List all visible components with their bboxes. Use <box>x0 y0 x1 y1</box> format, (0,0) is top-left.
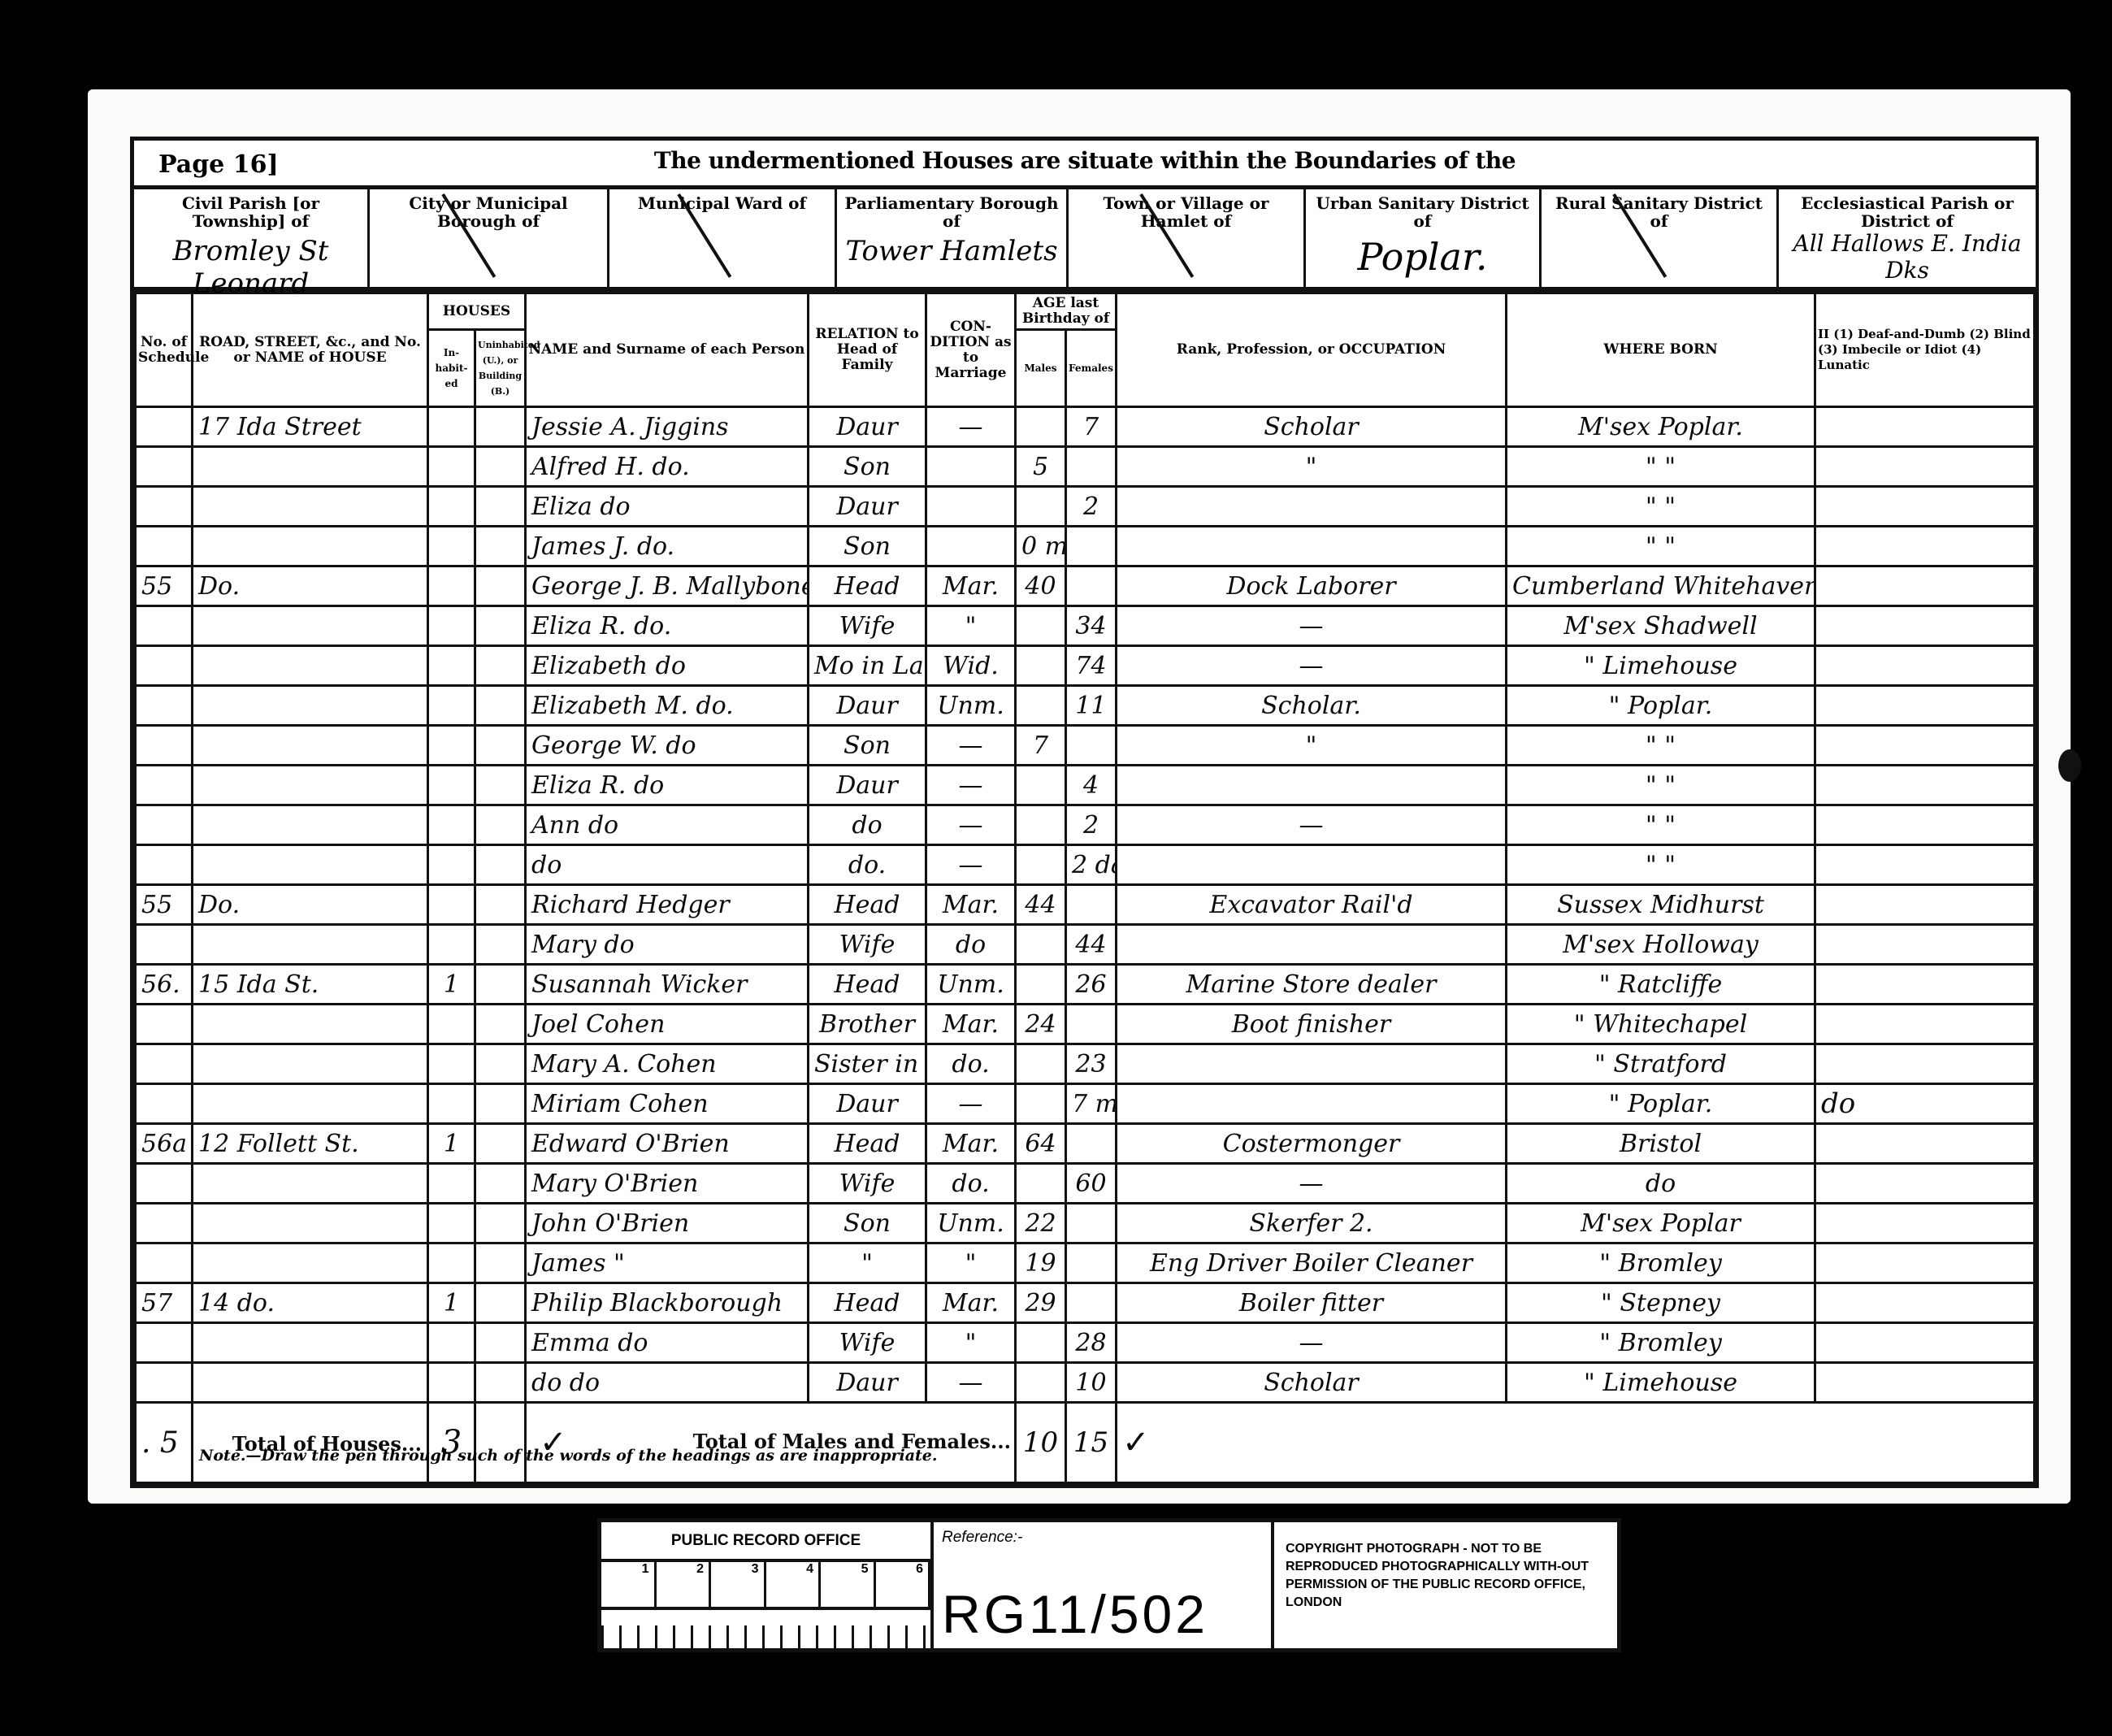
cell-inhabited: 1 <box>428 1283 475 1323</box>
cell-occupation: Dock Laborer <box>1117 566 1507 606</box>
cell-road: Do. <box>193 566 428 606</box>
total-houses-label: Total of Houses... <box>193 1403 428 1483</box>
cell-condition: — <box>926 766 1016 805</box>
cell-condition: — <box>926 1084 1016 1124</box>
header-inhabited: In-habit-ed <box>428 330 475 407</box>
cell-condition: Unm. <box>926 686 1016 726</box>
cell-schedule: 56a <box>136 1124 193 1164</box>
cell-condition: " <box>926 1323 1016 1363</box>
cell-uninhabited <box>475 686 526 726</box>
cell-occupation: — <box>1117 1164 1507 1204</box>
cell-where-born: " Limehouse <box>1507 646 1815 686</box>
cell-relation: Sister in law <box>809 1044 926 1084</box>
cell-uninhabited <box>475 1124 526 1164</box>
cell-condition: " <box>926 1243 1016 1283</box>
cell-relation: do <box>809 805 926 845</box>
cell-relation: Son <box>809 726 926 766</box>
cell-male-age <box>1016 1044 1066 1084</box>
cell-inhabited <box>428 1005 475 1044</box>
cell-name: Ann do <box>526 805 809 845</box>
cell-infirmity <box>1815 1044 2035 1084</box>
cell-occupation <box>1117 527 1507 566</box>
cell-male-age <box>1016 407 1066 447</box>
cell-condition: " <box>926 606 1016 646</box>
cell-where-born: " Whitechapel <box>1507 1005 1815 1044</box>
boundary-parliamentary-borough: Parliamentary Borough of Tower Hamlets <box>837 189 1069 287</box>
cell-male-age: 19 <box>1016 1243 1066 1283</box>
cell-relation: Mo in Law <box>809 646 926 686</box>
cell-male-age <box>1016 965 1066 1005</box>
cell-infirmity <box>1815 407 2035 447</box>
cell-inhabited <box>428 1363 475 1403</box>
cell-female-age <box>1066 566 1117 606</box>
cell-road <box>193 805 428 845</box>
table-row: Mary A. CohenSister in lawdo.23" Stratfo… <box>136 1044 2035 1084</box>
cell-inhabited <box>428 1323 475 1363</box>
cell-uninhabited <box>475 487 526 527</box>
cell-occupation: — <box>1117 646 1507 686</box>
table-row: 55Do.Richard HedgerHeadMar.44Excavator R… <box>136 885 2035 925</box>
cell-relation: Daur <box>809 407 926 447</box>
cell-uninhabited <box>475 1044 526 1084</box>
cell-name: Elizabeth do <box>526 646 809 686</box>
cell-occupation <box>1117 1044 1507 1084</box>
cell-road <box>193 487 428 527</box>
cell-where-born: " Ratcliffe <box>1507 965 1815 1005</box>
cell-male-age <box>1016 925 1066 965</box>
total-persons-label: ✓ Total of Males and Females... <box>526 1403 1016 1483</box>
cell-male-age: 7 <box>1016 726 1066 766</box>
census-table: No. of Schedule ROAD, STREET, &c., and N… <box>134 292 2036 1484</box>
table-row: Emma doWife"28—" Bromley <box>136 1323 2035 1363</box>
cell-infirmity <box>1815 646 2035 686</box>
cell-relation: Daur <box>809 487 926 527</box>
cell-where-born: " Limehouse <box>1507 1363 1815 1403</box>
cell-schedule <box>136 487 193 527</box>
cell-schedule <box>136 726 193 766</box>
header-houses: HOUSES <box>428 293 526 330</box>
table-row: Elizabeth doMo in LawWid.74—" Limehouse <box>136 646 2035 686</box>
header-age: AGE last Birthday of <box>1016 293 1117 330</box>
cell-road: Do. <box>193 885 428 925</box>
cell-female-age <box>1066 1243 1117 1283</box>
total-uninhabited <box>475 1403 526 1483</box>
boundary-label: Municipal Ward of <box>613 194 831 212</box>
record-office-title: PUBLIC RECORD OFFICE <box>601 1522 930 1562</box>
cell-schedule <box>136 1323 193 1363</box>
cell-inhabited <box>428 447 475 487</box>
cell-inhabited <box>428 805 475 845</box>
cell-road: 14 do. <box>193 1283 428 1323</box>
census-rows: 17 Ida StreetJessie A. JigginsDaur—7Scho… <box>136 407 2035 1483</box>
cell-female-age <box>1066 885 1117 925</box>
cell-female-age: 10 <box>1066 1363 1117 1403</box>
cell-where-born: " " <box>1507 805 1815 845</box>
cell-infirmity <box>1815 1005 2035 1044</box>
table-row: George W. doSon—7"" " <box>136 726 2035 766</box>
footnote: Note.—Draw the pen through such of the w… <box>199 1447 938 1465</box>
cell-where-born: " Bromley <box>1507 1323 1815 1363</box>
cell-schedule <box>136 1164 193 1204</box>
table-row: 5714 do.1Philip BlackboroughHeadMar.29Bo… <box>136 1283 2035 1323</box>
cell-name: Susannah Wicker <box>526 965 809 1005</box>
scale-mark: 4 <box>766 1562 822 1607</box>
cell-occupation: — <box>1117 606 1507 646</box>
header-females: Females <box>1066 330 1117 407</box>
cell-occupation: Boot finisher <box>1117 1005 1507 1044</box>
table-row: 56a12 Follett St.1Edward O'BrienHeadMar.… <box>136 1124 2035 1164</box>
cell-infirmity <box>1815 527 2035 566</box>
cell-name: Eliza R. do <box>526 766 809 805</box>
cell-uninhabited <box>475 845 526 885</box>
cell-road <box>193 606 428 646</box>
cell-schedule <box>136 606 193 646</box>
cell-condition: Mar. <box>926 1283 1016 1323</box>
cell-where-born: M'sex Poplar <box>1507 1204 1815 1243</box>
boundary-rural-sanitary: Rural Sanitary District of <box>1542 189 1779 287</box>
cell-schedule <box>136 1204 193 1243</box>
table-row: do doDaur—10Scholar" Limehouse <box>136 1363 2035 1403</box>
total-females: 15 <box>1066 1403 1117 1483</box>
cell-name: Emma do <box>526 1323 809 1363</box>
cell-female-age: 11 <box>1066 686 1117 726</box>
header-infirmity: II (1) Deaf-and-Dumb (2) Blind (3) Imbec… <box>1815 293 2035 407</box>
cell-male-age: 22 <box>1016 1204 1066 1243</box>
cell-occupation <box>1117 925 1507 965</box>
cell-where-born: " " <box>1507 527 1815 566</box>
cell-schedule: 57 <box>136 1283 193 1323</box>
scale-mark: 5 <box>821 1562 876 1607</box>
boundary-label: Town or Village or Hamlet of <box>1072 194 1300 230</box>
boundary-city-borough: City or Municipal Borough of <box>370 189 609 287</box>
cell-infirmity <box>1815 766 2035 805</box>
table-row: Miriam CohenDaur—7 mo." Poplar.do <box>136 1084 2035 1124</box>
cell-name: John O'Brien <box>526 1204 809 1243</box>
cell-infirmity <box>1815 686 2035 726</box>
cell-uninhabited <box>475 1363 526 1403</box>
table-row: James J. do.Son0 mo." " <box>136 527 2035 566</box>
cell-female-age: 23 <box>1066 1044 1117 1084</box>
cell-female-age <box>1066 447 1117 487</box>
table-row: 55Do.George J. B. MallyboneHeadMar.40Doc… <box>136 566 2035 606</box>
cell-female-age: 60 <box>1066 1164 1117 1204</box>
cell-uninhabited <box>475 646 526 686</box>
cell-male-age: 40 <box>1016 566 1066 606</box>
cell-where-born: " " <box>1507 766 1815 805</box>
cell-occupation: Skerfer 2. <box>1117 1204 1507 1243</box>
cell-road <box>193 1204 428 1243</box>
cell-condition <box>926 487 1016 527</box>
cell-occupation <box>1117 766 1507 805</box>
cell-road <box>193 1084 428 1124</box>
boundary-value: Poplar. <box>1309 235 1536 279</box>
cell-female-age <box>1066 1283 1117 1323</box>
cell-condition <box>926 527 1016 566</box>
cell-occupation: — <box>1117 805 1507 845</box>
cell-infirmity <box>1815 1204 2035 1243</box>
cell-inhabited <box>428 766 475 805</box>
cell-road <box>193 527 428 566</box>
cell-uninhabited <box>475 1005 526 1044</box>
cell-condition: do. <box>926 1164 1016 1204</box>
cell-schedule <box>136 1243 193 1283</box>
cell-occupation: Costermonger <box>1117 1124 1507 1164</box>
header-name: NAME and Surname of each Person <box>526 293 809 407</box>
total-inhabited: 3 <box>428 1403 475 1483</box>
cell-uninhabited <box>475 447 526 487</box>
cell-male-age <box>1016 487 1066 527</box>
cell-male-age <box>1016 805 1066 845</box>
ink-blot <box>2058 749 2081 782</box>
cell-inhabited <box>428 726 475 766</box>
cell-relation: Head <box>809 1124 926 1164</box>
copyright-notice: COPYRIGHT PHOTOGRAPH - NOT TO BE REPRODU… <box>1274 1522 1617 1648</box>
cell-uninhabited <box>475 925 526 965</box>
cell-name: Mary A. Cohen <box>526 1044 809 1084</box>
cell-uninhabited <box>475 965 526 1005</box>
total-males: 10 <box>1016 1403 1066 1483</box>
cell-where-born: " Stratford <box>1507 1044 1815 1084</box>
cell-schedule: 55 <box>136 566 193 606</box>
cell-relation: Wife <box>809 1323 926 1363</box>
boundary-label: City or Municipal Borough of <box>373 194 604 230</box>
cell-infirmity <box>1815 1124 2035 1164</box>
cell-name: Elizabeth M. do. <box>526 686 809 726</box>
cell-condition: Mar. <box>926 885 1016 925</box>
cell-schedule <box>136 925 193 965</box>
cell-condition: — <box>926 407 1016 447</box>
boundary-label: Parliamentary Borough of <box>840 194 1063 230</box>
boundary-value: All Hallows E. India Dks <box>1782 230 2032 284</box>
boundary-label: Urban Sanitary District of <box>1309 194 1536 230</box>
cell-condition: Unm. <box>926 965 1016 1005</box>
cell-schedule <box>136 686 193 726</box>
scale-mark: 6 <box>876 1562 931 1607</box>
cell-relation: Head <box>809 965 926 1005</box>
boundary-label: Rural Sanitary District of <box>1545 194 1773 230</box>
cell-inhabited <box>428 566 475 606</box>
cell-condition: Mar. <box>926 566 1016 606</box>
cell-infirmity <box>1815 845 2035 885</box>
cell-name: do <box>526 845 809 885</box>
cell-road <box>193 726 428 766</box>
cell-relation: Son <box>809 447 926 487</box>
cell-schedule <box>136 1363 193 1403</box>
cell-inhabited <box>428 646 475 686</box>
cell-name: Alfred H. do. <box>526 447 809 487</box>
cell-name: Philip Blackborough <box>526 1283 809 1323</box>
cell-name: George J. B. Mallybone <box>526 566 809 606</box>
cell-male-age: 5 <box>1016 447 1066 487</box>
total-tick: ✓ <box>1117 1403 2035 1483</box>
cell-uninhabited <box>475 766 526 805</box>
title-row: Page 16] The undermentioned Houses are s… <box>134 141 2036 189</box>
cell-infirmity <box>1815 805 2035 845</box>
cell-condition: Unm. <box>926 1204 1016 1243</box>
cell-female-age: 7 <box>1066 407 1117 447</box>
header-road: ROAD, STREET, &c., and No. or NAME of HO… <box>193 293 428 407</box>
cell-female-age <box>1066 527 1117 566</box>
cell-inhabited: 1 <box>428 1124 475 1164</box>
cell-female-age: 2 days <box>1066 845 1117 885</box>
cell-schedule: 56. <box>136 965 193 1005</box>
table-row: James """19Eng Driver Boiler Cleaner" Br… <box>136 1243 2035 1283</box>
cell-relation: Daur <box>809 766 926 805</box>
cell-uninhabited <box>475 407 526 447</box>
cell-inhabited <box>428 1204 475 1243</box>
cell-male-age <box>1016 646 1066 686</box>
table-row: Mary doWifedo44M'sex Holloway <box>136 925 2035 965</box>
cell-schedule <box>136 1084 193 1124</box>
cell-inhabited <box>428 407 475 447</box>
cell-female-age: 2 <box>1066 805 1117 845</box>
cell-relation: Daur <box>809 1363 926 1403</box>
table-row: 17 Ida StreetJessie A. JigginsDaur—7Scho… <box>136 407 2035 447</box>
cell-name: Miriam Cohen <box>526 1084 809 1124</box>
ruler <box>601 1610 930 1648</box>
cell-road <box>193 845 428 885</box>
cell-condition: do <box>926 925 1016 965</box>
cell-road <box>193 1164 428 1204</box>
page-title: The undermentioned Houses are situate wi… <box>134 147 2036 174</box>
cell-female-age: 44 <box>1066 925 1117 965</box>
cell-relation: Daur <box>809 686 926 726</box>
table-row: Mary O'BrienWifedo.60—do <box>136 1164 2035 1204</box>
boundary-civil-parish: Civil Parish [or Township] of Bromley St… <box>134 189 370 287</box>
cell-schedule <box>136 845 193 885</box>
cell-inhabited <box>428 845 475 885</box>
cell-uninhabited <box>475 1204 526 1243</box>
cell-where-born: Cumberland Whitehaven <box>1507 566 1815 606</box>
cell-condition: — <box>926 805 1016 845</box>
header-where-born: WHERE BORN <box>1507 293 1815 407</box>
cell-occupation <box>1117 845 1507 885</box>
cell-occupation: Excavator Rail'd <box>1117 885 1507 925</box>
cell-where-born: " Bromley <box>1507 1243 1815 1283</box>
cell-uninhabited <box>475 726 526 766</box>
cell-infirmity <box>1815 487 2035 527</box>
cell-uninhabited <box>475 1283 526 1323</box>
cell-relation: Wife <box>809 1164 926 1204</box>
cell-inhabited: 1 <box>428 965 475 1005</box>
cell-relation: Head <box>809 566 926 606</box>
cell-occupation <box>1117 487 1507 527</box>
cell-inhabited <box>428 1044 475 1084</box>
cell-infirmity <box>1815 1323 2035 1363</box>
cell-inhabited <box>428 1243 475 1283</box>
table-row: Eliza doDaur2" " <box>136 487 2035 527</box>
cell-schedule: 55 <box>136 885 193 925</box>
cell-schedule <box>136 805 193 845</box>
cell-inhabited <box>428 1084 475 1124</box>
cell-schedule <box>136 1005 193 1044</box>
boundary-ecclesiastical-parish: Ecclesiastical Parish or District of All… <box>1779 189 2036 287</box>
table-row: Alfred H. do.Son5"" " <box>136 447 2035 487</box>
cell-inhabited <box>428 1164 475 1204</box>
cell-uninhabited <box>475 1243 526 1283</box>
cell-condition: do. <box>926 1044 1016 1084</box>
cell-occupation: Scholar <box>1117 1363 1507 1403</box>
cell-condition: Mar. <box>926 1005 1016 1044</box>
cell-male-age <box>1016 686 1066 726</box>
cell-male-age <box>1016 1323 1066 1363</box>
cell-male-age <box>1016 1084 1066 1124</box>
cell-infirmity: do <box>1815 1084 2035 1124</box>
cell-inhabited <box>428 487 475 527</box>
cell-where-born: " Stepney <box>1507 1283 1815 1323</box>
reference-box: Reference:- RG11/502 <box>934 1522 1274 1648</box>
cell-occupation: Boiler fitter <box>1117 1283 1507 1323</box>
table-row: 56.15 Ida St.1Susannah WickerHeadUnm.26M… <box>136 965 2035 1005</box>
boundary-value: Tower Hamlets <box>840 235 1063 267</box>
cell-where-born: " Poplar. <box>1507 1084 1815 1124</box>
cell-road: 17 Ida Street <box>193 407 428 447</box>
cell-name: Mary do <box>526 925 809 965</box>
record-office-label: PUBLIC RECORD OFFICE 1 2 3 4 5 6 Referen… <box>597 1518 1621 1652</box>
table-row: Joel CohenBrotherMar.24Boot finisher" Wh… <box>136 1005 2035 1044</box>
cell-name: James J. do. <box>526 527 809 566</box>
cell-infirmity <box>1815 1363 2035 1403</box>
totals-row: . 5 Total of Houses... 3 ✓ Total of Male… <box>136 1403 2035 1483</box>
cell-name: Joel Cohen <box>526 1005 809 1044</box>
cell-infirmity <box>1815 885 2035 925</box>
header-relation: RELATION to Head of Family <box>809 293 926 407</box>
cell-occupation: Marine Store dealer <box>1117 965 1507 1005</box>
scale-mark: 1 <box>601 1562 657 1607</box>
cell-male-age <box>1016 845 1066 885</box>
cell-relation: do. <box>809 845 926 885</box>
cell-uninhabited <box>475 606 526 646</box>
cell-road <box>193 1363 428 1403</box>
cell-schedule <box>136 766 193 805</box>
reference-value: RG11/502 <box>942 1583 1208 1645</box>
cell-relation: " <box>809 1243 926 1283</box>
cell-relation: Daur <box>809 1084 926 1124</box>
header-occupation: Rank, Profession, or OCCUPATION <box>1117 293 1507 407</box>
cell-infirmity <box>1815 965 2035 1005</box>
cell-female-age: 28 <box>1066 1323 1117 1363</box>
cell-road <box>193 925 428 965</box>
table-row: Ann dodo—2—" " <box>136 805 2035 845</box>
boundary-town-village: Town or Village or Hamlet of <box>1069 189 1306 287</box>
cell-where-born: Bristol <box>1507 1124 1815 1164</box>
cell-where-born: M'sex Poplar. <box>1507 407 1815 447</box>
cell-condition: — <box>926 1363 1016 1403</box>
cell-name: do do <box>526 1363 809 1403</box>
cell-name: George W. do <box>526 726 809 766</box>
cell-female-age: 26 <box>1066 965 1117 1005</box>
boundaries-row: Civil Parish [or Township] of Bromley St… <box>134 189 2036 292</box>
cell-female-age <box>1066 1124 1117 1164</box>
header-schedule: No. of Schedule <box>136 293 193 407</box>
cell-relation: Son <box>809 527 926 566</box>
cell-schedule <box>136 646 193 686</box>
cell-occupation: Scholar. <box>1117 686 1507 726</box>
cell-where-born: " " <box>1507 726 1815 766</box>
cell-relation: Wife <box>809 925 926 965</box>
cell-name: Eliza do <box>526 487 809 527</box>
cell-road <box>193 1005 428 1044</box>
cell-female-age: 34 <box>1066 606 1117 646</box>
table-row: dodo.—2 days" " <box>136 845 2035 885</box>
cell-male-age <box>1016 606 1066 646</box>
cell-schedule <box>136 447 193 487</box>
cell-name: Eliza R. do. <box>526 606 809 646</box>
record-office-scale: PUBLIC RECORD OFFICE 1 2 3 4 5 6 <box>601 1522 934 1648</box>
cell-inhabited <box>428 606 475 646</box>
cell-occupation <box>1117 1084 1507 1124</box>
cell-road <box>193 766 428 805</box>
